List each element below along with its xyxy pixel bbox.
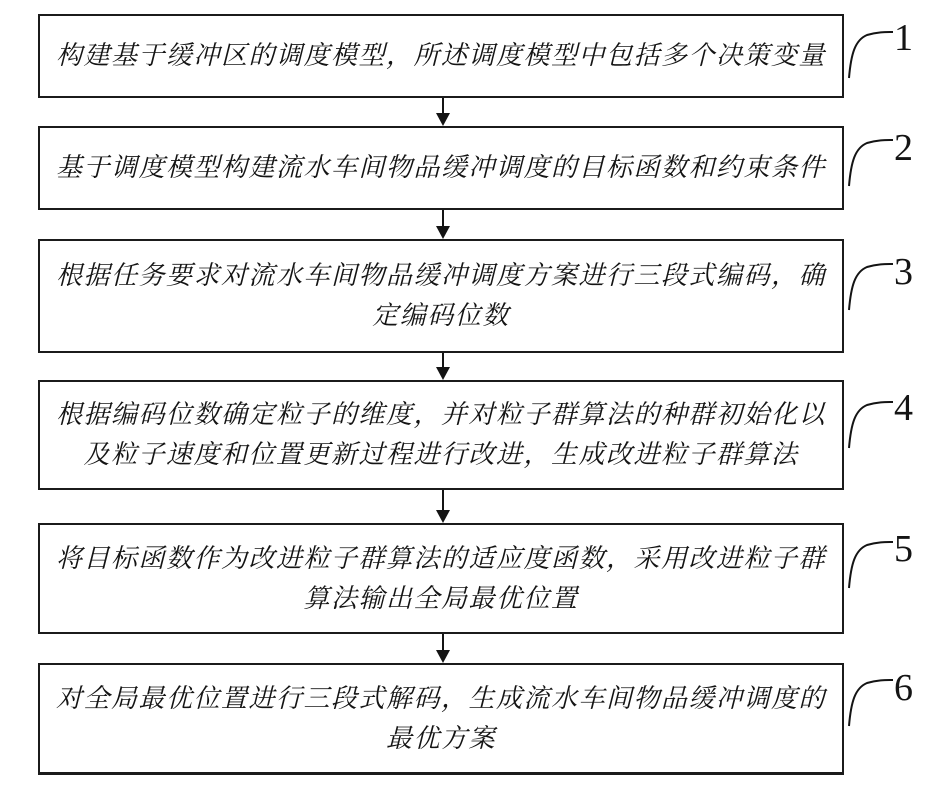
step-number-5: 5 [894,526,913,572]
step-box-2: 基于调度模型构建流水车间物品缓冲调度的目标函数和约束条件 [38,126,844,210]
flow-arrow-2 [436,210,450,239]
step-6-text-line-2: 最优方案 [386,719,496,759]
step-box-4: 根据编码位数确定粒子的维度，并对粒子群算法的种群初始化以 及粒子速度和位置更新过… [38,380,844,490]
arrow-shaft [442,490,444,510]
flow-arrow-1 [436,98,450,126]
step-1-text-line-1: 构建基于缓冲区的调度模型，所述调度模型中包括多个决策变量 [56,36,826,76]
leader-line-2 [845,132,895,188]
step-5-text-line-2: 算法输出全局最优位置 [303,579,578,619]
step-box-3: 根据任务要求对流水车间物品缓冲调度方案进行三段式编码，确 定编码位数 [38,239,844,353]
arrow-shaft [442,634,444,650]
arrow-head-icon [436,226,450,239]
step-number-2: 2 [894,125,913,171]
leader-line-3 [845,256,895,312]
step-4-text-line-2: 及粒子速度和位置更新过程进行改进，生成改进粒子群算法 [83,435,798,475]
step-box-1: 构建基于缓冲区的调度模型，所述调度模型中包括多个决策变量 [38,14,844,98]
step-box-5: 将目标函数作为改进粒子群算法的适应度函数，采用改进粒子群 算法输出全局最优位置 [38,523,844,634]
arrow-head-icon [436,113,450,126]
leader-line-1 [845,24,895,80]
arrow-head-icon [436,650,450,663]
step-number-4: 4 [894,385,913,431]
step-2-text-line-1: 基于调度模型构建流水车间物品缓冲调度的目标函数和约束条件 [56,148,826,188]
leader-line-4 [845,394,895,450]
flowchart: 构建基于缓冲区的调度模型，所述调度模型中包括多个决策变量 1 基于调度模型构建流… [0,0,930,812]
leader-line-5 [845,534,895,590]
step-number-6: 6 [894,665,913,711]
arrow-shaft [442,353,444,367]
step-number-1: 1 [894,15,913,61]
step-3-text-line-2: 定编码位数 [372,296,510,336]
step-3-text-line-1: 根据任务要求对流水车间物品缓冲调度方案进行三段式编码，确 [56,256,826,296]
step-6-text-line-1: 对全局最优位置进行三段式解码，生成流水车间物品缓冲调度的 [56,679,826,719]
arrow-shaft [442,98,444,113]
arrow-head-icon [436,367,450,380]
step-number-3: 3 [894,249,913,295]
flow-arrow-4 [436,490,450,523]
arrow-shaft [442,210,444,226]
step-4-text-line-1: 根据编码位数确定粒子的维度，并对粒子群算法的种群初始化以 [56,395,826,435]
step-5-text-line-1: 将目标函数作为改进粒子群算法的适应度函数，采用改进粒子群 [56,539,826,579]
arrow-head-icon [436,510,450,523]
flow-arrow-3 [436,353,450,380]
step-box-6: 对全局最优位置进行三段式解码，生成流水车间物品缓冲调度的 最优方案 [38,663,844,775]
leader-line-6 [845,672,895,728]
flow-arrow-5 [436,634,450,663]
